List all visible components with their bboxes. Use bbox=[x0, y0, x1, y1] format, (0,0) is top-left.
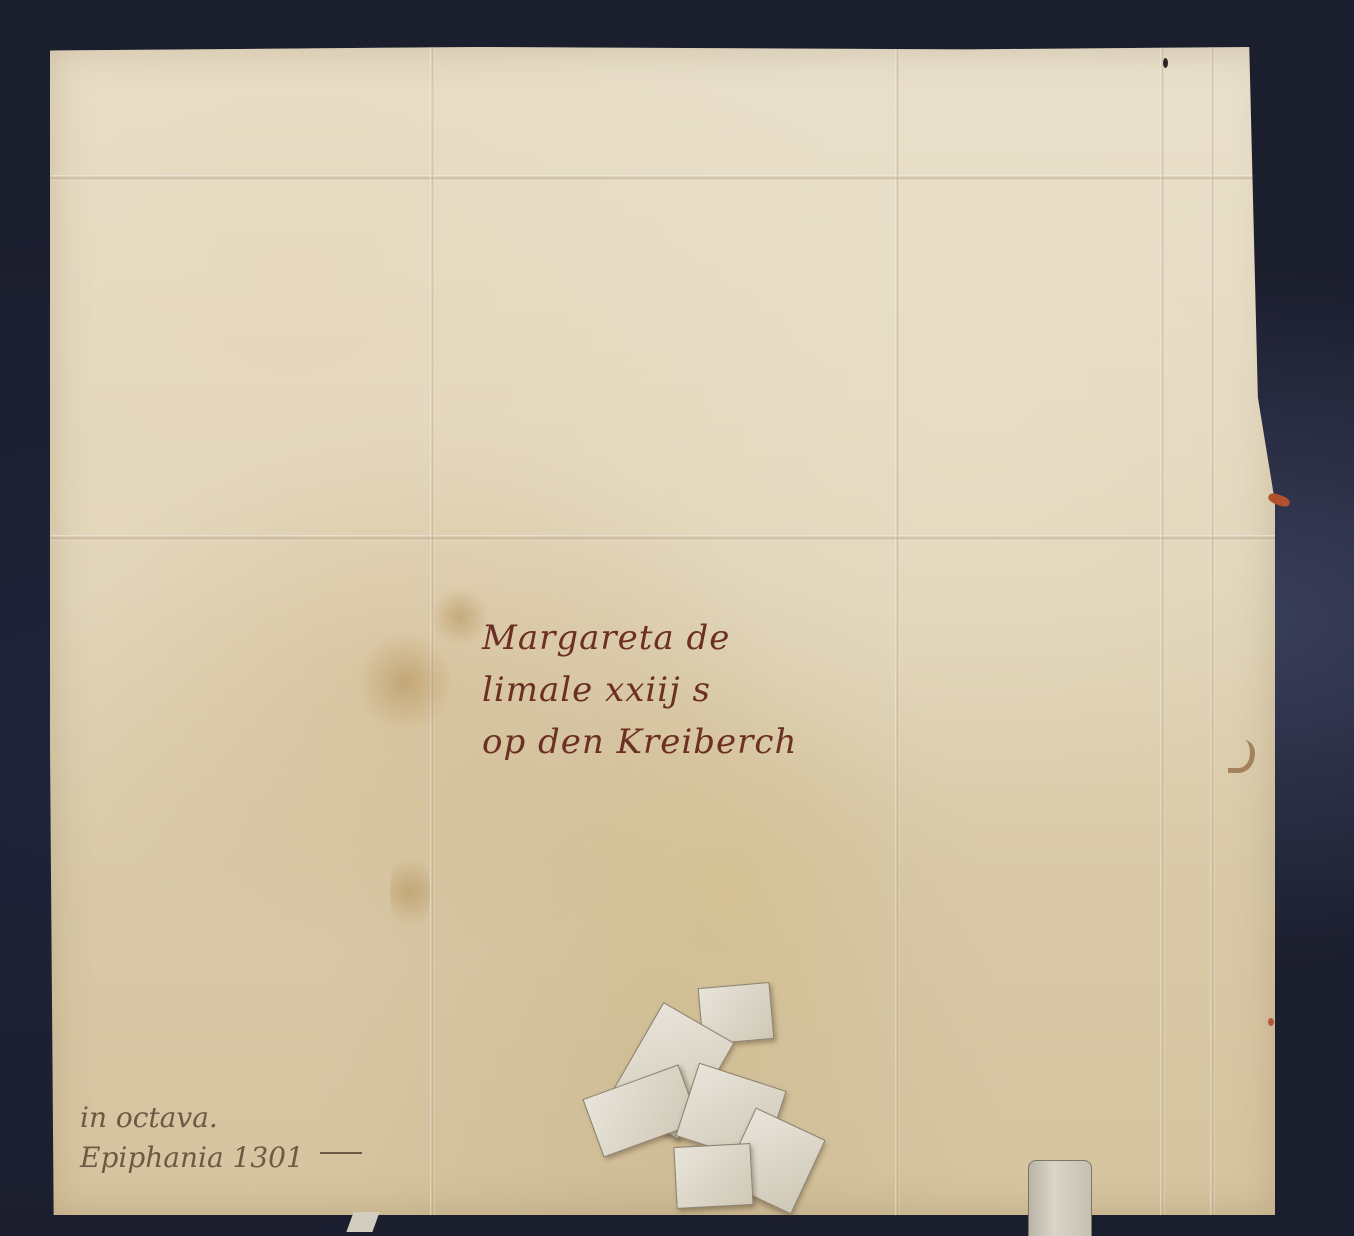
folded-seal-tags bbox=[590, 985, 820, 1215]
date-underline bbox=[320, 1152, 362, 1154]
horizontal-fold-line bbox=[50, 175, 1275, 181]
water-stain bbox=[360, 627, 450, 737]
annotation-line: Epiphania 1301 bbox=[80, 1138, 304, 1178]
water-stain bbox=[390, 847, 430, 937]
inscription-line: Margareta de bbox=[482, 612, 797, 664]
rolled-parchment-strip bbox=[1028, 1160, 1092, 1236]
red-dot bbox=[1268, 1018, 1274, 1026]
vertical-fold-line bbox=[1160, 47, 1165, 1215]
inscription-line: op den Kreiberch bbox=[482, 716, 797, 768]
vertical-fold-line bbox=[1210, 47, 1215, 1215]
date-annotation: in octava.Epiphania 1301 bbox=[80, 1098, 304, 1178]
punched-hole bbox=[1163, 58, 1168, 68]
water-stain bbox=[430, 587, 490, 647]
annotation-line: in octava. bbox=[80, 1098, 304, 1138]
seal-tag bbox=[673, 1143, 753, 1209]
seal-tag bbox=[582, 1064, 699, 1157]
vertical-fold-line bbox=[895, 47, 900, 1215]
inscription-line: limale xxiij s bbox=[482, 664, 797, 716]
dorsal-inscription: Margareta delimale xxiij sop den Kreiber… bbox=[482, 612, 797, 768]
horizontal-fold-line bbox=[50, 535, 1275, 541]
